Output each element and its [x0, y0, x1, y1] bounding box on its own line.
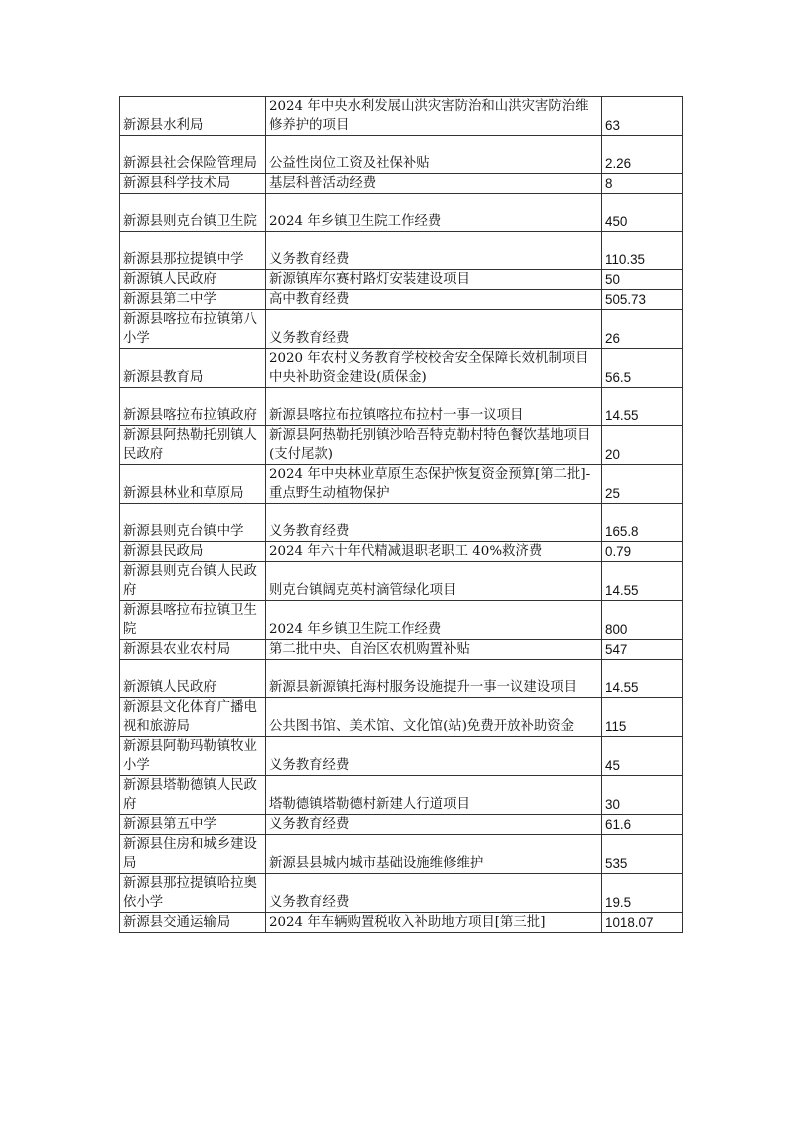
amount-cell: 14.55	[602, 562, 683, 601]
project-cell: 2024 年乡镇卫生院工作经费	[266, 601, 602, 640]
amount-cell: 61.6	[602, 815, 683, 835]
unit-cell: 新源县则克台镇人民政府	[120, 562, 266, 601]
amount-cell: 45	[602, 737, 683, 776]
unit-cell: 新源镇人民政府	[120, 270, 266, 290]
table-row: 新源县阿勒玛勒镇牧业小学义务教育经费45	[120, 737, 683, 776]
table-row: 新源县教育局2020 年农村义务教育学校校舍安全保障长效机制项目中央补助资金建设…	[120, 349, 683, 388]
project-cell: 义务教育经费	[266, 310, 602, 349]
amount-cell: 20	[602, 426, 683, 465]
unit-cell: 新源县第五中学	[120, 815, 266, 835]
table-row: 新源县则克台镇人民政府则克台镇阔克英村滴管绿化项目14.55	[120, 562, 683, 601]
table-row: 新源镇人民政府新源镇库尔赛村路灯安装建设项目50	[120, 270, 683, 290]
unit-cell: 新源县喀拉布拉镇卫生院	[120, 601, 266, 640]
project-cell: 义务教育经费	[266, 504, 602, 542]
table-row: 新源县第五中学义务教育经费61.6	[120, 815, 683, 835]
amount-cell: 26	[602, 310, 683, 349]
amount-cell: 450	[602, 194, 683, 232]
amount-cell: 115	[602, 698, 683, 737]
project-cell: 塔勒德镇塔勒德村新建人行道项目	[266, 776, 602, 815]
unit-cell: 新源县教育局	[120, 349, 266, 388]
project-cell: 公益性岗位工资及社保补贴	[266, 136, 602, 174]
unit-cell: 新源县喀拉布拉镇政府	[120, 388, 266, 426]
table-row: 新源县农业农村局第二批中央、自治区农机购置补贴547	[120, 640, 683, 660]
table-row: 新源县水利局2024 年中央水利发展山洪灾害防治和山洪灾害防治维修养护的项目63	[120, 97, 683, 136]
project-cell: 新源县阿热勒托别镇沙哈吾特克勒村特色餐饮基地项目(支付尾款)	[266, 426, 602, 465]
table-row: 新源县那拉提镇哈拉奥依小学义务教育经费19.5	[120, 874, 683, 913]
table-row: 新源县阿热勒托别镇人民政府新源县阿热勒托别镇沙哈吾特克勒村特色餐饮基地项目(支付…	[120, 426, 683, 465]
project-cell: 则克台镇阔克英村滴管绿化项目	[266, 562, 602, 601]
table-row: 新源县塔勒德镇人民政府塔勒德镇塔勒德村新建人行道项目30	[120, 776, 683, 815]
amount-cell: 19.5	[602, 874, 683, 913]
table-row: 新源镇人民政府新源县新源镇托海村服务设施提升一事一议建设项目14.55	[120, 660, 683, 698]
table-row: 新源县文化体育广播电视和旅游局公共图书馆、美术馆、文化馆(站)免费开放补助资金1…	[120, 698, 683, 737]
table-row: 新源县交通运输局2024 年车辆购置税收入补助地方项目[第三批]1018.07	[120, 913, 683, 933]
amount-cell: 165.8	[602, 504, 683, 542]
unit-cell: 新源县阿勒玛勒镇牧业小学	[120, 737, 266, 776]
unit-cell: 新源县阿热勒托别镇人民政府	[120, 426, 266, 465]
project-cell: 2024 年中央林业草原生态保护恢复资金预算[第二批]-重点野生动植物保护	[266, 465, 602, 504]
project-cell: 第二批中央、自治区农机购置补贴	[266, 640, 602, 660]
project-cell: 2020 年农村义务教育学校校舍安全保障长效机制项目中央补助资金建设(质保金)	[266, 349, 602, 388]
amount-cell: 535	[602, 835, 683, 874]
project-cell: 2024 年车辆购置税收入补助地方项目[第三批]	[266, 913, 602, 933]
table-row: 新源县住房和城乡建设局新源县县城内城市基础设施维修维护535	[120, 835, 683, 874]
project-cell: 基层科普活动经费	[266, 174, 602, 194]
unit-cell: 新源县科学技术局	[120, 174, 266, 194]
amount-cell: 14.55	[602, 388, 683, 426]
amount-cell: 14.55	[602, 660, 683, 698]
document-page: 新源县水利局2024 年中央水利发展山洪灾害防治和山洪灾害防治维修养护的项目63…	[0, 0, 793, 1122]
project-cell: 义务教育经费	[266, 874, 602, 913]
amount-cell: 0.79	[602, 542, 683, 562]
amount-cell: 50	[602, 270, 683, 290]
table-row: 新源县喀拉布拉镇第八小学义务教育经费26	[120, 310, 683, 349]
table-row: 新源县喀拉布拉镇卫生院2024 年乡镇卫生院工作经费800	[120, 601, 683, 640]
unit-cell: 新源县那拉提镇中学	[120, 232, 266, 270]
project-cell: 高中教育经费	[266, 290, 602, 310]
amount-cell: 1018.07	[602, 913, 683, 933]
unit-cell: 新源县那拉提镇哈拉奥依小学	[120, 874, 266, 913]
unit-cell: 新源县农业农村局	[120, 640, 266, 660]
funding-table-body: 新源县水利局2024 年中央水利发展山洪灾害防治和山洪灾害防治维修养护的项目63…	[120, 97, 683, 933]
unit-cell: 新源县则克台镇中学	[120, 504, 266, 542]
project-cell: 新源县新源镇托海村服务设施提升一事一议建设项目	[266, 660, 602, 698]
unit-cell: 新源县则克台镇卫生院	[120, 194, 266, 232]
project-cell: 义务教育经费	[266, 737, 602, 776]
table-row: 新源县社会保险管理局公益性岗位工资及社保补贴2.26	[120, 136, 683, 174]
project-cell: 义务教育经费	[266, 232, 602, 270]
unit-cell: 新源县住房和城乡建设局	[120, 835, 266, 874]
amount-cell: 800	[602, 601, 683, 640]
amount-cell: 547	[602, 640, 683, 660]
amount-cell: 2.26	[602, 136, 683, 174]
project-cell: 公共图书馆、美术馆、文化馆(站)免费开放补助资金	[266, 698, 602, 737]
project-cell: 2024 年乡镇卫生院工作经费	[266, 194, 602, 232]
project-cell: 新源县喀拉布拉镇喀拉布拉村一事一议项目	[266, 388, 602, 426]
unit-cell: 新源县塔勒德镇人民政府	[120, 776, 266, 815]
unit-cell: 新源县水利局	[120, 97, 266, 136]
table-row: 新源县则克台镇中学义务教育经费165.8	[120, 504, 683, 542]
project-cell: 2024 年中央水利发展山洪灾害防治和山洪灾害防治维修养护的项目	[266, 97, 602, 136]
table-row: 新源县第二中学高中教育经费505.73	[120, 290, 683, 310]
funding-table: 新源县水利局2024 年中央水利发展山洪灾害防治和山洪灾害防治维修养护的项目63…	[119, 96, 683, 933]
project-cell: 新源镇库尔赛村路灯安装建设项目	[266, 270, 602, 290]
unit-cell: 新源镇人民政府	[120, 660, 266, 698]
unit-cell: 新源县第二中学	[120, 290, 266, 310]
table-row: 新源县那拉提镇中学义务教育经费110.35	[120, 232, 683, 270]
unit-cell: 新源县交通运输局	[120, 913, 266, 933]
table-row: 新源县民政局2024 年六十年代精减退职老职工 40%救济费0.79	[120, 542, 683, 562]
amount-cell: 110.35	[602, 232, 683, 270]
project-cell: 2024 年六十年代精减退职老职工 40%救济费	[266, 542, 602, 562]
amount-cell: 30	[602, 776, 683, 815]
unit-cell: 新源县民政局	[120, 542, 266, 562]
amount-cell: 505.73	[602, 290, 683, 310]
unit-cell: 新源县林业和草原局	[120, 465, 266, 504]
unit-cell: 新源县社会保险管理局	[120, 136, 266, 174]
amount-cell: 56.5	[602, 349, 683, 388]
table-row: 新源县林业和草原局2024 年中央林业草原生态保护恢复资金预算[第二批]-重点野…	[120, 465, 683, 504]
amount-cell: 8	[602, 174, 683, 194]
project-cell: 义务教育经费	[266, 815, 602, 835]
unit-cell: 新源县喀拉布拉镇第八小学	[120, 310, 266, 349]
project-cell: 新源县县城内城市基础设施维修维护	[266, 835, 602, 874]
table-row: 新源县则克台镇卫生院2024 年乡镇卫生院工作经费450	[120, 194, 683, 232]
table-row: 新源县科学技术局基层科普活动经费8	[120, 174, 683, 194]
amount-cell: 63	[602, 97, 683, 136]
amount-cell: 25	[602, 465, 683, 504]
unit-cell: 新源县文化体育广播电视和旅游局	[120, 698, 266, 737]
table-row: 新源县喀拉布拉镇政府新源县喀拉布拉镇喀拉布拉村一事一议项目14.55	[120, 388, 683, 426]
